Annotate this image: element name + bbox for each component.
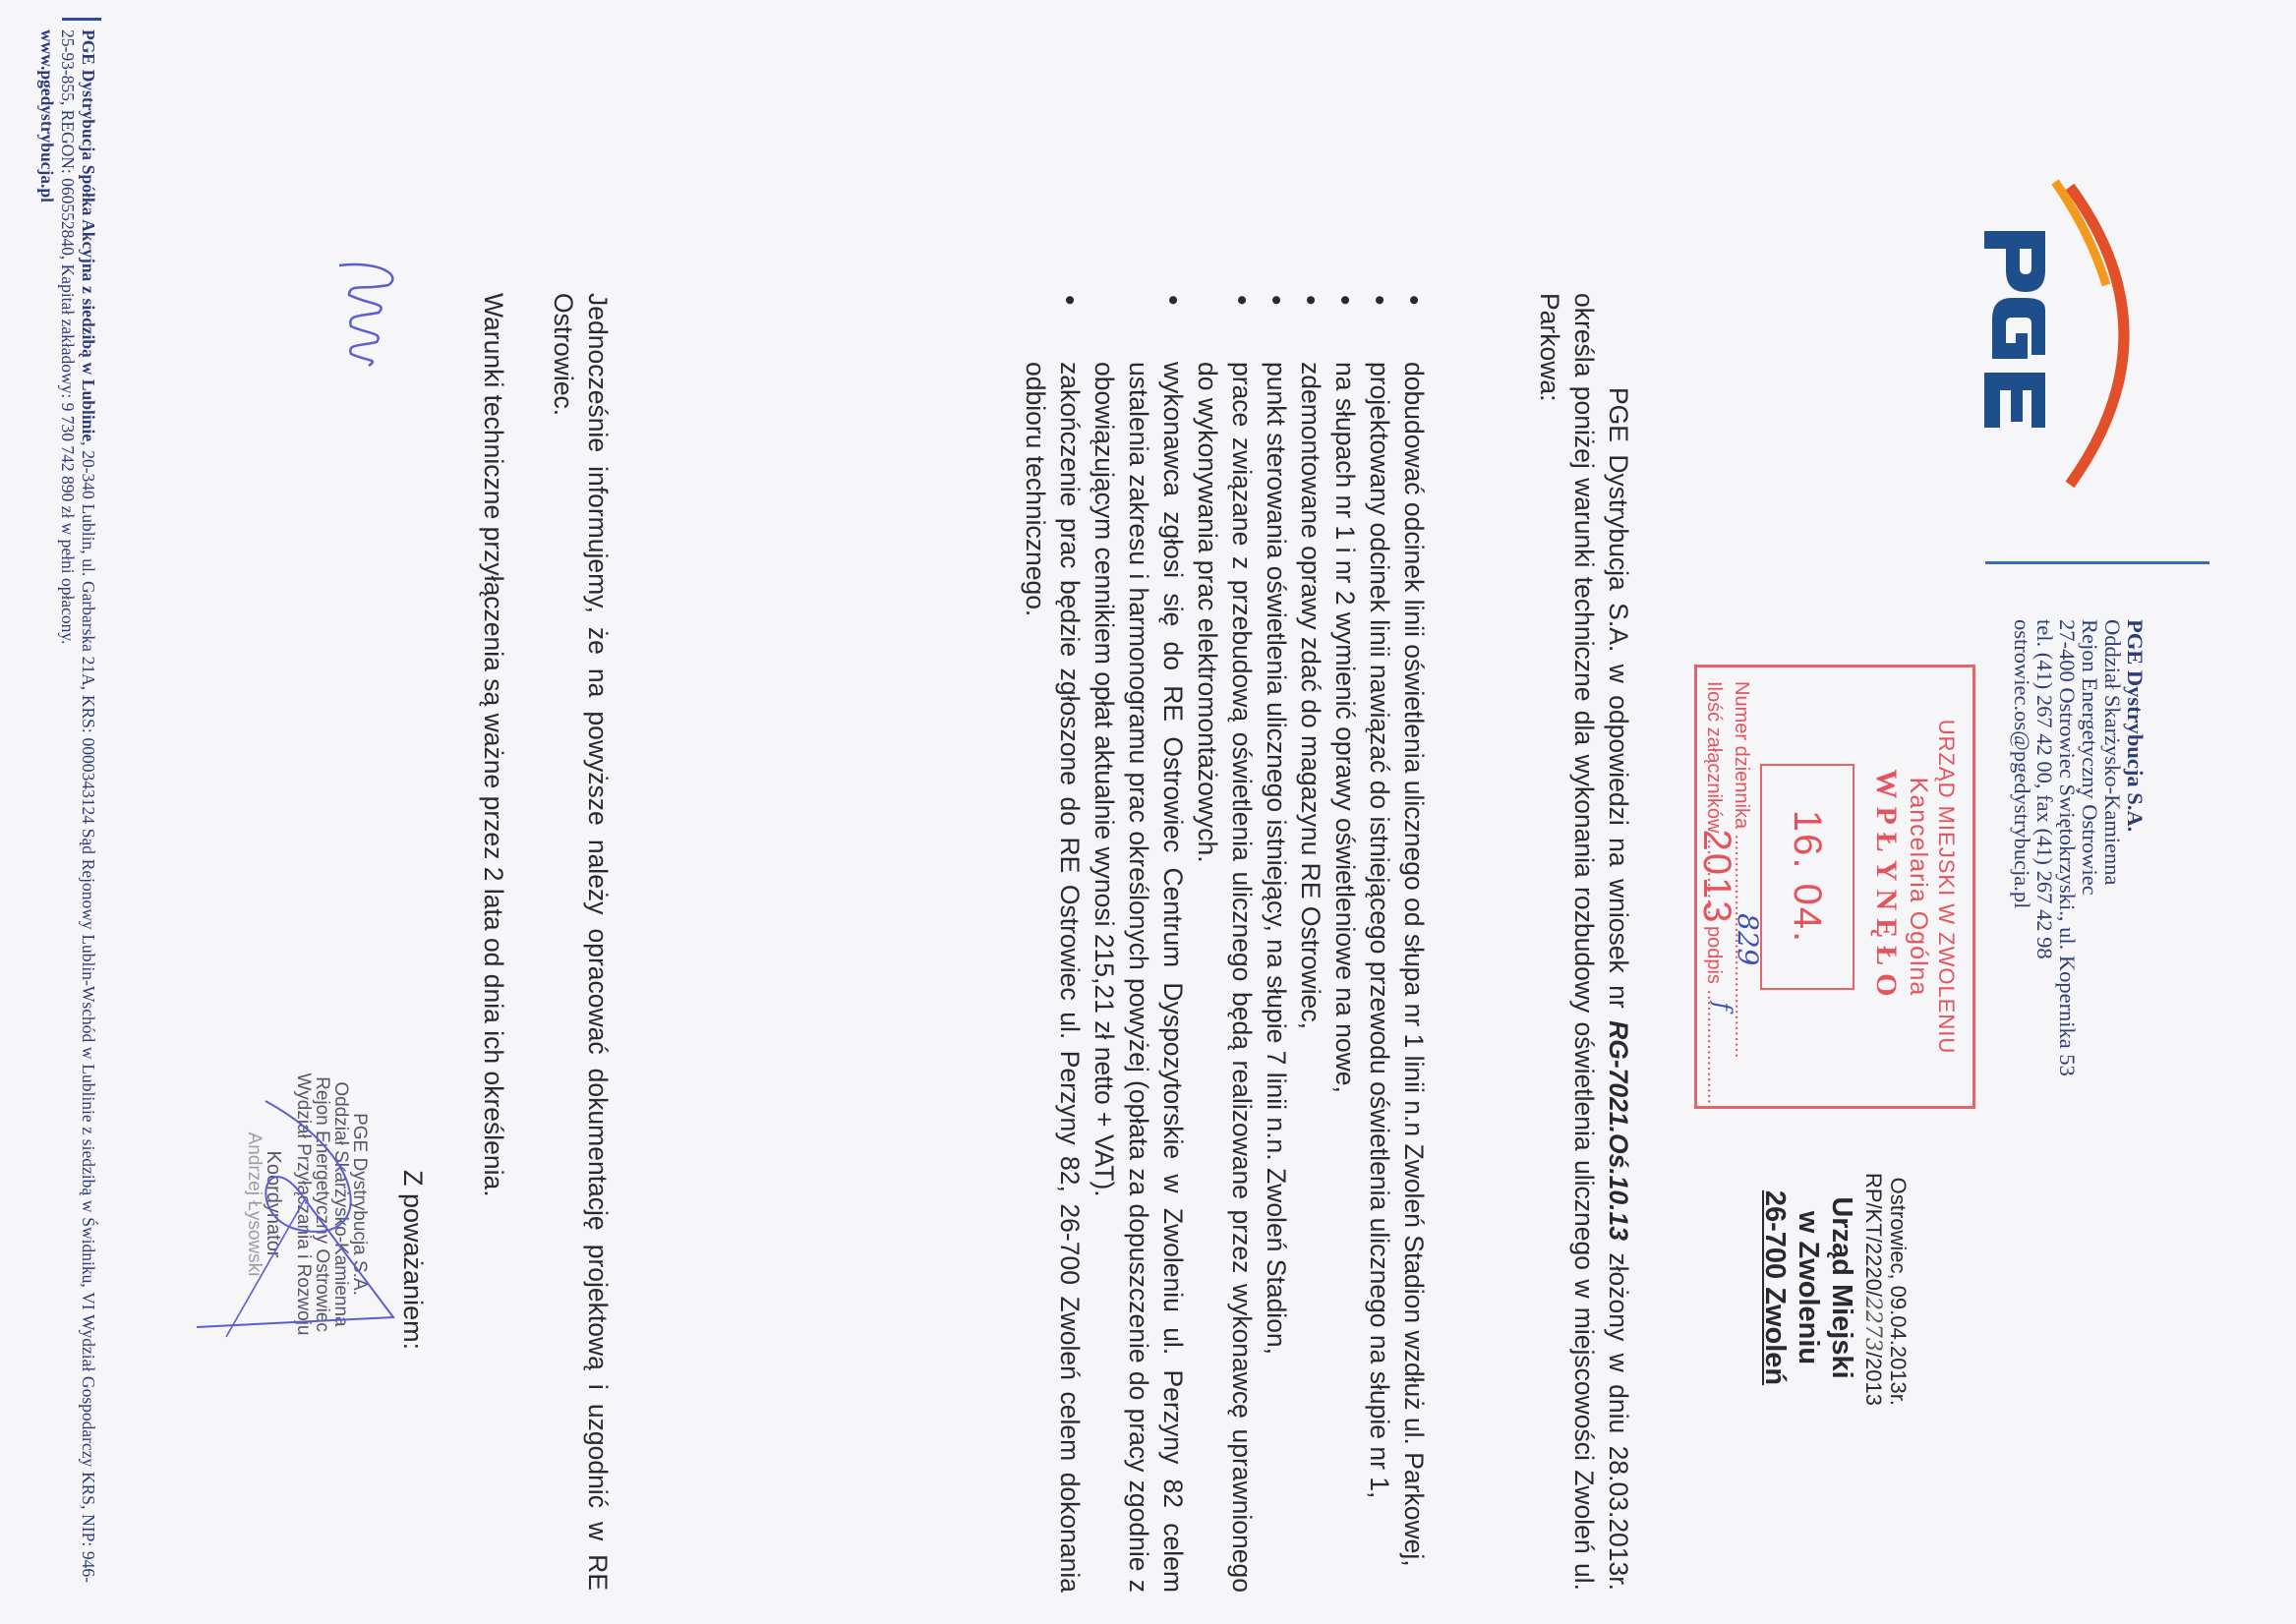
stamp-attachments-label: Ilość załączników [1703, 681, 1725, 834]
application-reference: RG-7021.Oś.10.13 [1604, 1020, 1633, 1241]
condition-item: dobudować odcinek linii oświetlenia ulic… [1396, 295, 1431, 1593]
handwritten-signature-icon [187, 1081, 413, 1376]
header-divider-line [1985, 561, 2209, 564]
footer-accent-bar [62, 18, 101, 21]
intro-paragraph: PGE Dystrybucja S.A. w odpowiedzi na wni… [1532, 293, 1635, 1591]
sender-company: PGE Dystrybucja S.A. [2124, 619, 2147, 1076]
condition-item: projektowany odcinek linii nawiązać do i… [1362, 295, 1396, 1593]
sender-address: 27-400 Ostrowiec Świętokrzyski., ul. Kop… [2056, 619, 2079, 1076]
initials-signature-icon [329, 256, 408, 374]
stamp-signature-label: podpis [1703, 926, 1725, 984]
sender-region: Rejon Energetyczny Ostrowiec [2079, 619, 2101, 1076]
stamp-attachments-row: Ilość załączników ............... podpis… [1702, 681, 1725, 1104]
condition-item: zakończenie prac będzie zgłoszone do RE … [1018, 295, 1087, 1593]
stamp-journal-label: Numer dziennika [1731, 681, 1752, 829]
stamp-office: URZĄD MIEJSKI W ZWOLENIU [1933, 667, 1959, 1106]
recipient-line-2: w Zwoleniu [1792, 1175, 1825, 1401]
letter-date-reference: Ostrowiec, 09.04.2013r. RP/KT/2220/2273/… [1860, 1160, 1911, 1406]
condition-item: prace związane z przebudową oświetlenia … [1190, 295, 1259, 1593]
recipient-line-1: Urząd Miejski [1825, 1175, 1858, 1401]
sender-address-block: PGE Dystrybucja S.A. Oddział Skarżysko-K… [2011, 619, 2147, 1076]
stamp-received: WPŁYNĘŁO [1869, 667, 1903, 1106]
registry-stamp: URZĄD MIEJSKI W ZWOLENIU Kancelaria Ogól… [1694, 665, 1975, 1109]
company-footer: PGE Dystrybucja Spółka Akcyjna z siedzib… [36, 29, 98, 1583]
scanned-letter-page: PGE Dystrybucja S.A. Oddział Skarżysko-K… [0, 0, 2296, 1624]
stamp-signature-mark: f [1709, 1002, 1737, 1011]
closing-paragraph-documentation: Jednocześnie informujemy, że na powyższe… [546, 293, 615, 1591]
condition-item: zdemontowane oprawy zdać do magazynu RE … [1293, 295, 1327, 1593]
reference-handwritten: 2273 [1860, 1297, 1885, 1352]
condition-item: wykonawca zgłosi się do RE Ostrowiec Cen… [1087, 295, 1190, 1593]
letter-reference: RP/KT/2220/2273/2013 [1860, 1160, 1886, 1406]
condition-item: na słupach nr 1 i nr 2 wymienić oprawy o… [1327, 295, 1362, 1593]
recipient-block: Urząd Miejski w Zwoleniu 26-700 Zwoleń [1758, 1175, 1858, 1401]
stamp-chancellery: Kancelaria Ogólna [1904, 667, 1932, 1106]
conditions-list: dobudować odcinek linii oświetlenia ulic… [1018, 295, 1431, 1593]
stamp-journal-number: 829 [1732, 913, 1764, 965]
condition-item: punkt sterowania oświetlenia ulicznego i… [1259, 295, 1293, 1593]
footer-website-link[interactable]: www.pgedystrybucja.pl [37, 29, 57, 203]
letter-place-date: Ostrowiec, 09.04.2013r. [1886, 1160, 1911, 1406]
sender-branch: Oddział Skarżysko-Kamienna [2101, 619, 2124, 1076]
sender-email: ostrowiec.os@pgedystrybucja.pl [2011, 619, 2033, 1076]
pge-logo-icon [1967, 172, 2163, 496]
closing-paragraph-validity: Warunki techniczne przyłączenia są ważne… [476, 293, 510, 1591]
stamp-date: 16. 04. 2013 [1760, 764, 1854, 990]
sender-phone-fax: tel. (41) 267 42 00, fax (41) 267 42 98 [2033, 619, 2056, 1076]
recipient-line-3: 26-700 Zwoleń [1758, 1175, 1792, 1401]
